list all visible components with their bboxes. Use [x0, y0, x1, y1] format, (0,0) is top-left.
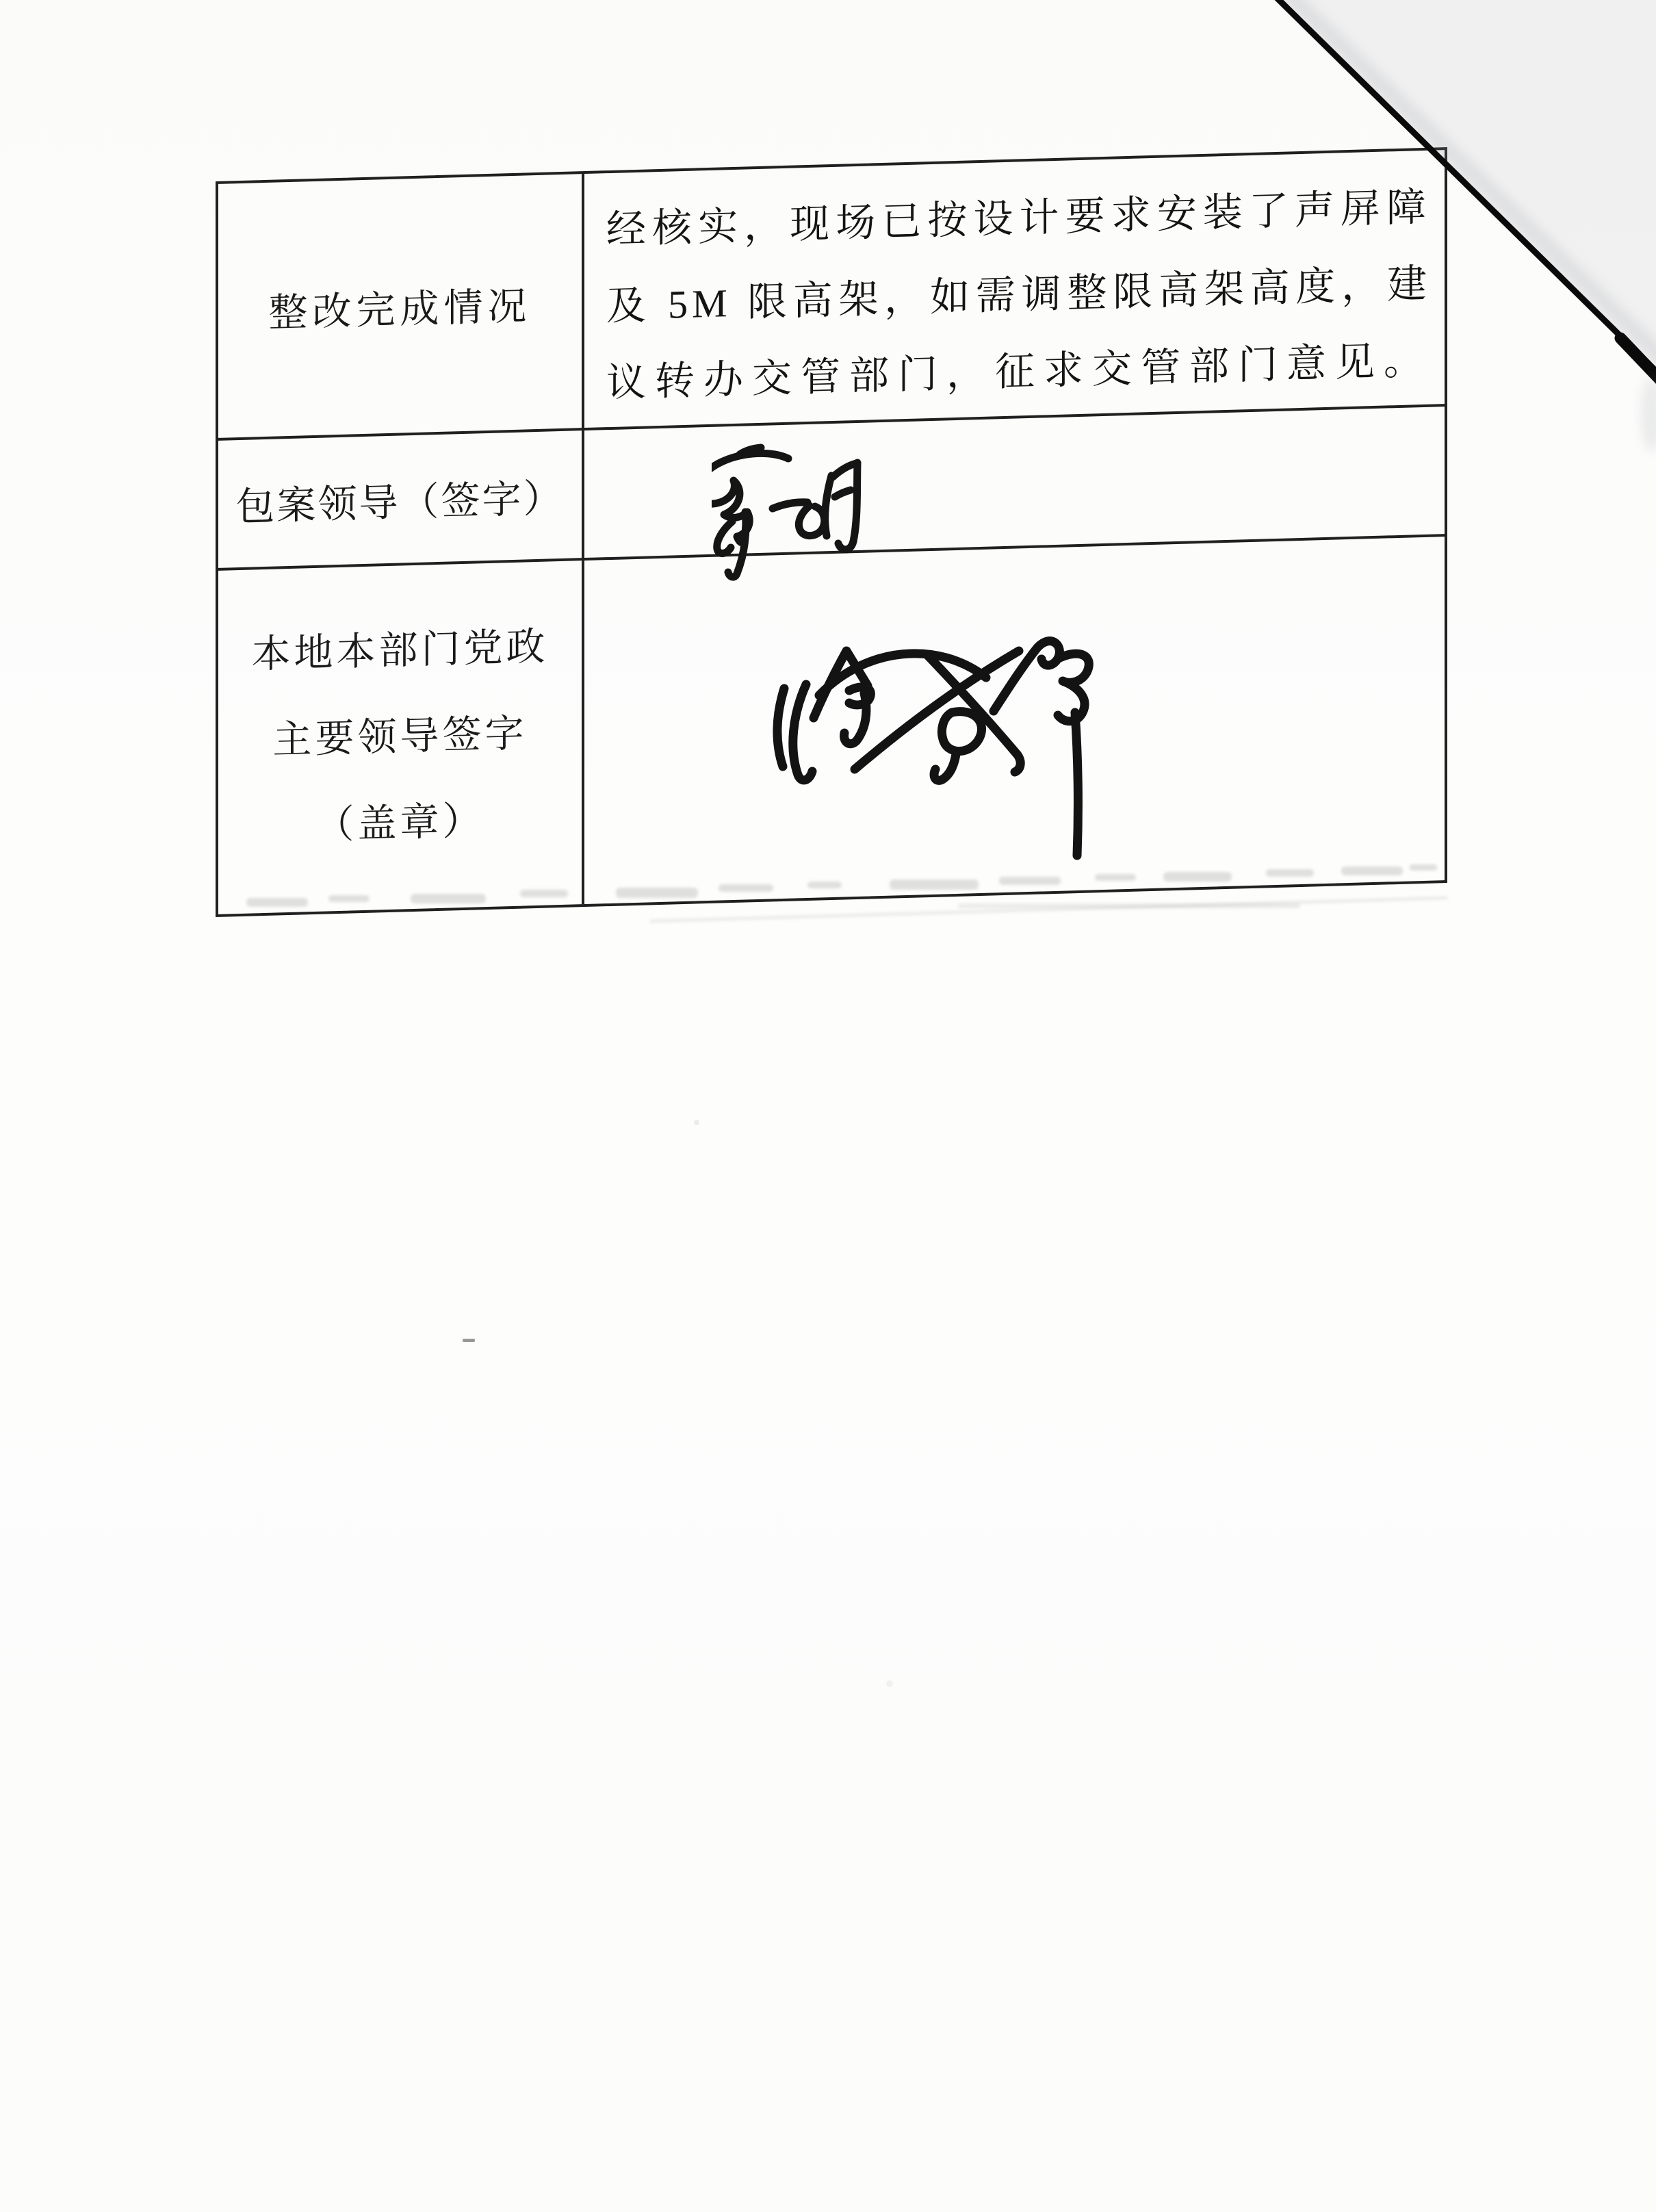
signoff-table: 整改完成情况 经核实，现场已按设计要求安装了声屏障 及 5M 限高架，如需调整限… [216, 147, 1447, 917]
row3-label-line-2: 主要领导签字 [273, 691, 528, 784]
row1-label-cell: 整改完成情况 [218, 174, 584, 441]
row2-label: 包案领导（签字） [236, 467, 565, 532]
page-specks [463, 1120, 893, 1687]
row2-signature-cell [584, 407, 1445, 561]
row3-label-line-1: 本地本部门党政 [252, 604, 549, 698]
scanned-document-page: 整改完成情况 经核实，现场已按设计要求安装了声屏障 及 5M 限高架，如需调整限… [0, 0, 1656, 2212]
row3-label-line-3: （盖章） [315, 778, 485, 869]
row1-content-cell: 经核实，现场已按设计要求安装了声屏障 及 5M 限高架，如需调整限高架高度，建 … [584, 150, 1445, 430]
row3-signature-cell [584, 537, 1445, 904]
row2-label-cell: 包案领导（签字） [218, 430, 584, 571]
row1-label: 整改完成情况 [269, 274, 532, 338]
row3-label-cell: 本地本部门党政 主要领导签字 （盖章） [218, 561, 584, 914]
